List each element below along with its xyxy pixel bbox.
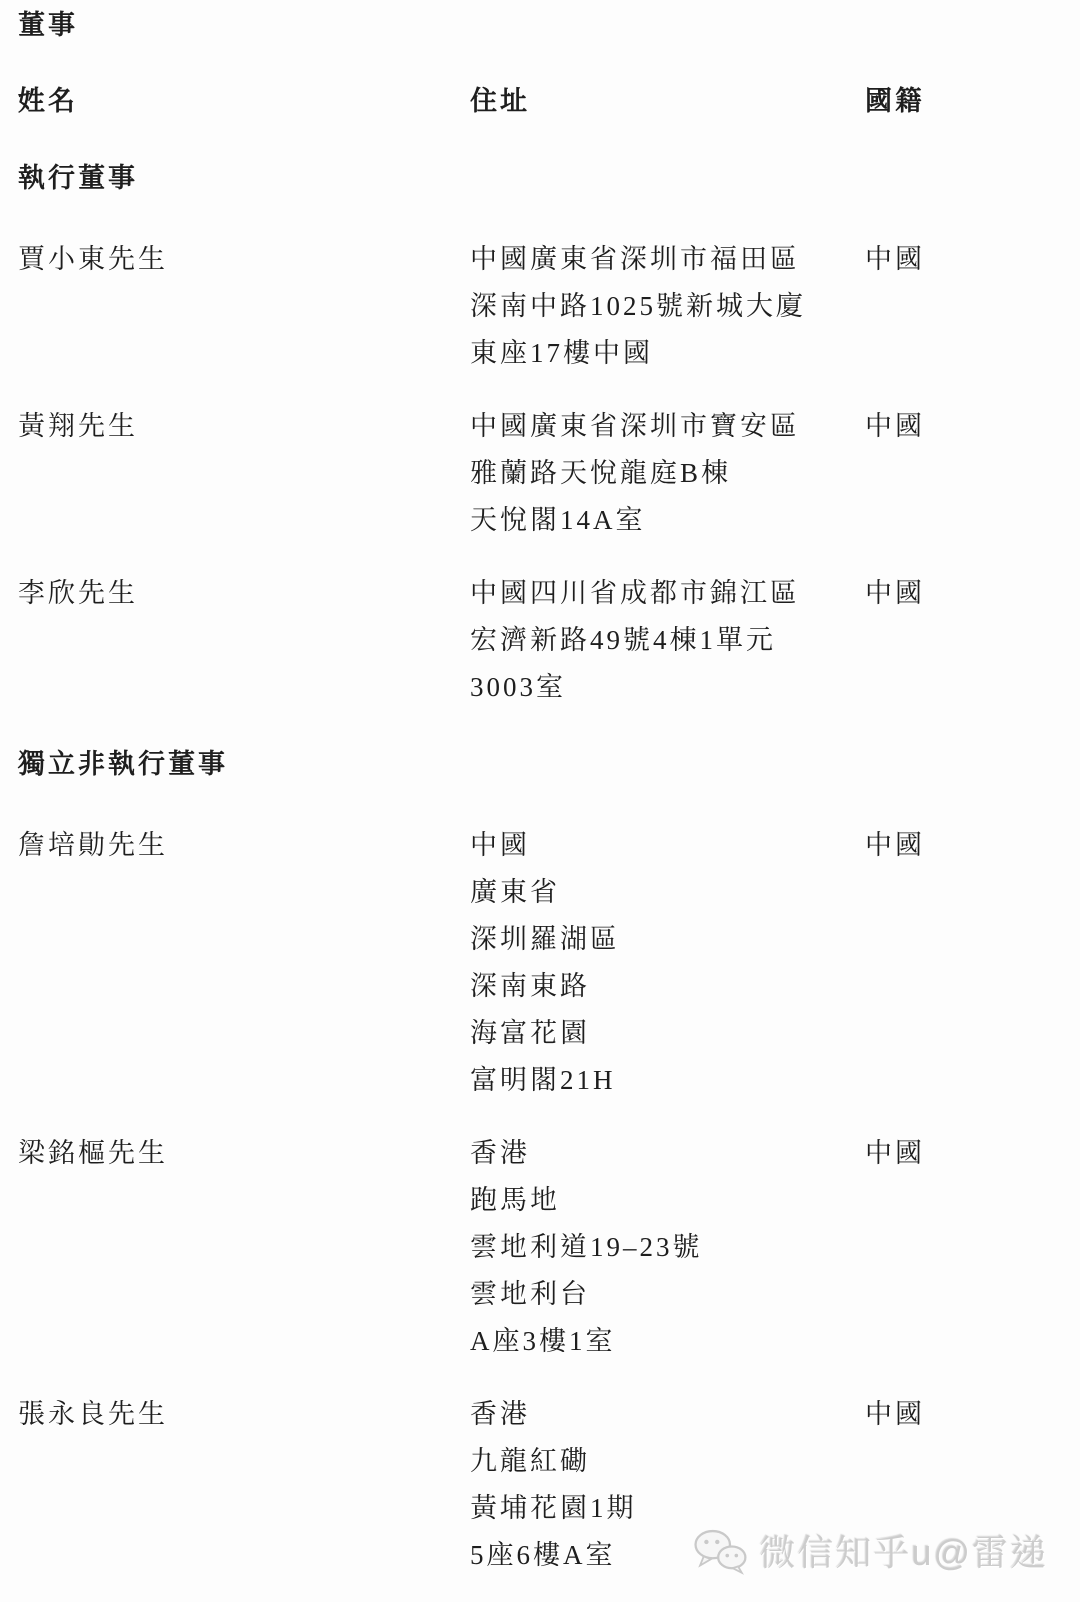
address-line: 廣東省 (470, 869, 865, 916)
director-nationality: 中國 (865, 570, 1062, 617)
column-header-name: 姓名 (18, 78, 470, 125)
table-row: 李欣先生 中國四川省成都市錦江區宏濟新路49號4棟1單元3003室 中國 (18, 570, 1062, 711)
watermark-text: 微信知乎u@雷递 (759, 1525, 1048, 1576)
director-name: 梁銘樞先生 (18, 1130, 470, 1177)
address-line: 深南東路 (470, 963, 865, 1010)
director-nationality: 中國 (865, 1130, 1062, 1177)
director-address: 中國廣東省深圳市福田區深南中路1025號新城大廈東座17樓中國 (470, 236, 865, 377)
address-line: 東座17樓中國 (470, 330, 865, 377)
address-line: 雅蘭路天悅龍庭B棟 (470, 450, 865, 497)
table-row: 黃翔先生 中國廣東省深圳市寶安區雅蘭路天悅龍庭B棟天悅閣14A室 中國 (18, 403, 1062, 544)
table-row: 梁銘樞先生 香港跑馬地雲地利道19–23號雲地利台A座3樓1室 中國 (18, 1130, 1062, 1365)
table-row: 詹培勛先生 中國廣東省深圳羅湖區深南東路海富花園富明閣21H 中國 (18, 822, 1062, 1104)
address-line: 雲地利台 (470, 1271, 865, 1318)
wechat-icon (691, 1527, 749, 1575)
address-line: A座3樓1室 (470, 1318, 865, 1365)
director-nationality: 中國 (865, 403, 1062, 450)
director-name: 黃翔先生 (18, 403, 470, 450)
address-line: 中國廣東省深圳市福田區 (470, 236, 865, 283)
address-line: 天悅閣14A室 (470, 497, 865, 544)
address-line: 中國四川省成都市錦江區 (470, 570, 865, 617)
column-header-address: 住址 (470, 78, 865, 125)
address-line: 雲地利道19–23號 (470, 1224, 865, 1271)
director-name: 李欣先生 (18, 570, 470, 617)
directors-section: 董事 姓名 住址 國籍 執行董事 賈小東先生 中國廣東省深圳市福田區深南中路10… (0, 0, 1080, 1579)
table-row: 賈小東先生 中國廣東省深圳市福田區深南中路1025號新城大廈東座17樓中國 中國 (18, 236, 1062, 377)
watermark: 微信知乎u@雷递 (691, 1525, 1048, 1576)
address-line: 中國 (470, 822, 865, 869)
address-line: 香港 (470, 1130, 865, 1177)
address-line: 深南中路1025號新城大廈 (470, 283, 865, 330)
director-address: 中國廣東省深圳市寶安區雅蘭路天悅龍庭B棟天悅閣14A室 (470, 403, 865, 544)
address-line: 九龍紅磡 (470, 1438, 865, 1485)
address-line: 跑馬地 (470, 1177, 865, 1224)
address-line: 深圳羅湖區 (470, 916, 865, 963)
address-line: 宏濟新路49號4棟1單元 (470, 617, 865, 664)
column-header-nationality: 國籍 (865, 78, 1062, 125)
section-heading: 執行董事 (18, 155, 1062, 202)
table-header-row: 姓名 住址 國籍 (18, 78, 1062, 125)
director-name: 賈小東先生 (18, 236, 470, 283)
address-line: 香港 (470, 1391, 865, 1438)
director-address: 中國四川省成都市錦江區宏濟新路49號4棟1單元3003室 (470, 570, 865, 711)
director-address: 中國廣東省深圳羅湖區深南東路海富花園富明閣21H (470, 822, 865, 1104)
director-nationality: 中國 (865, 1391, 1062, 1438)
director-nationality: 中國 (865, 236, 1062, 283)
director-name: 張永良先生 (18, 1391, 470, 1438)
document-page: 董事 姓名 住址 國籍 執行董事 賈小東先生 中國廣東省深圳市福田區深南中路10… (0, 0, 1080, 1602)
director-nationality: 中國 (865, 822, 1062, 869)
director-name: 詹培勛先生 (18, 822, 470, 869)
address-line: 富明閣21H (470, 1057, 865, 1104)
page-title: 董事 (18, 2, 1062, 49)
directors-table: 執行董事 賈小東先生 中國廣東省深圳市福田區深南中路1025號新城大廈東座17樓… (18, 155, 1062, 1579)
director-address: 香港跑馬地雲地利道19–23號雲地利台A座3樓1室 (470, 1130, 865, 1365)
address-line: 中國廣東省深圳市寶安區 (470, 403, 865, 450)
address-line: 海富花園 (470, 1010, 865, 1057)
address-line: 3003室 (470, 664, 865, 711)
section-heading: 獨立非執行董事 (18, 741, 1062, 788)
